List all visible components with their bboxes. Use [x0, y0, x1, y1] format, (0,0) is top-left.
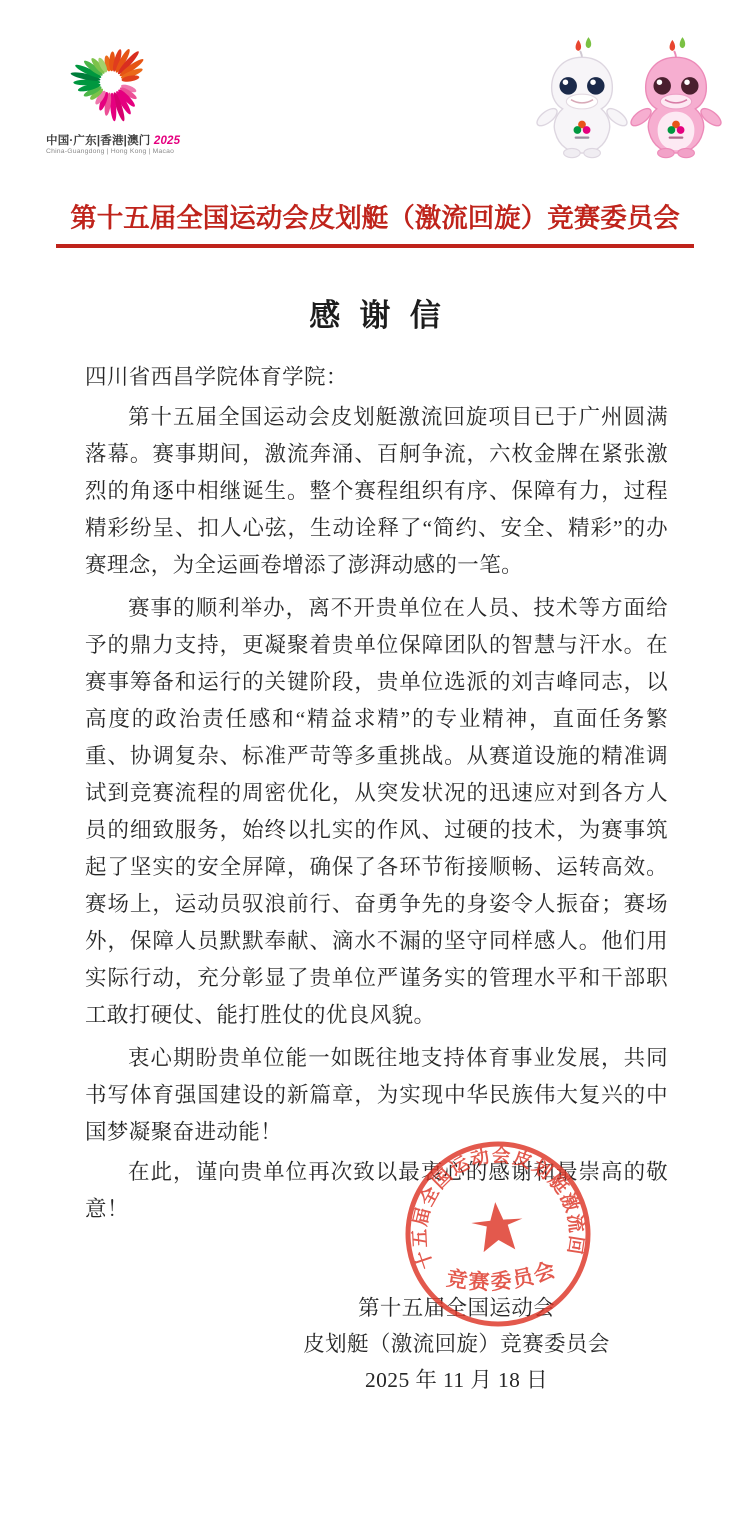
signature-date: 2025 年 11 月 18 日: [245, 1362, 668, 1398]
committee-headline: 第十五届全国运动会皮划艇（激流回旋）竞赛委员会: [0, 196, 750, 235]
letter-body: 四川省西昌学院体育学院： 第十五届全国运动会皮划艇激流回旋项目已于广州圆满落幕。…: [85, 359, 668, 1398]
page-header-graphics: 中国·广东|香港|澳门 2025 China-Guangdong | Hong …: [0, 30, 750, 172]
paragraph-4: 在此，谨向贵单位再次致以最衷心的感谢和最崇高的敬意！: [85, 1154, 668, 1228]
letter-title: 感谢信: [0, 290, 750, 335]
mascot-pink-icon: [630, 32, 722, 160]
signature-block: 第十五届全国运动会 皮划艇（激流回旋）竞赛委员会 2025 年 11 月 18 …: [85, 1290, 668, 1398]
mascot-white-icon: [536, 32, 628, 160]
games-emblem-icon: [52, 30, 170, 134]
headline-rule: [56, 244, 694, 248]
logo-caption-cn: 中国·广东|香港|澳门 2025: [46, 132, 196, 148]
national-games-logo: 中国·广东|香港|澳门 2025 China-Guangdong | Hong …: [46, 30, 196, 155]
logo-year: 2025: [154, 135, 180, 147]
paragraph-2: 赛事的顺利举办，离不开贵单位在人员、技术等方面给予的鼎力支持，更凝聚着贵单位保障…: [85, 590, 668, 1034]
signature-org-line1: 第十五届全国运动会: [245, 1290, 668, 1326]
salutation: 四川省西昌学院体育学院：: [85, 359, 668, 396]
letter-page: 中国·广东|香港|澳门 2025 China-Guangdong | Hong …: [0, 0, 750, 1540]
mascots: [536, 30, 722, 160]
paragraph-1: 第十五届全国运动会皮划艇激流回旋项目已于广州圆满落幕。赛事期间，激流奔涌、百舸争…: [85, 399, 668, 584]
signature-org-line2: 皮划艇（激流回旋）竞赛委员会: [245, 1326, 668, 1362]
logo-caption-en: China-Guangdong | Hong Kong | Macao: [46, 148, 196, 155]
paragraph-3: 衷心期盼贵单位能一如既往地支持体育事业发展，共同书写体育强国建设的新篇章，为实现…: [85, 1040, 668, 1151]
